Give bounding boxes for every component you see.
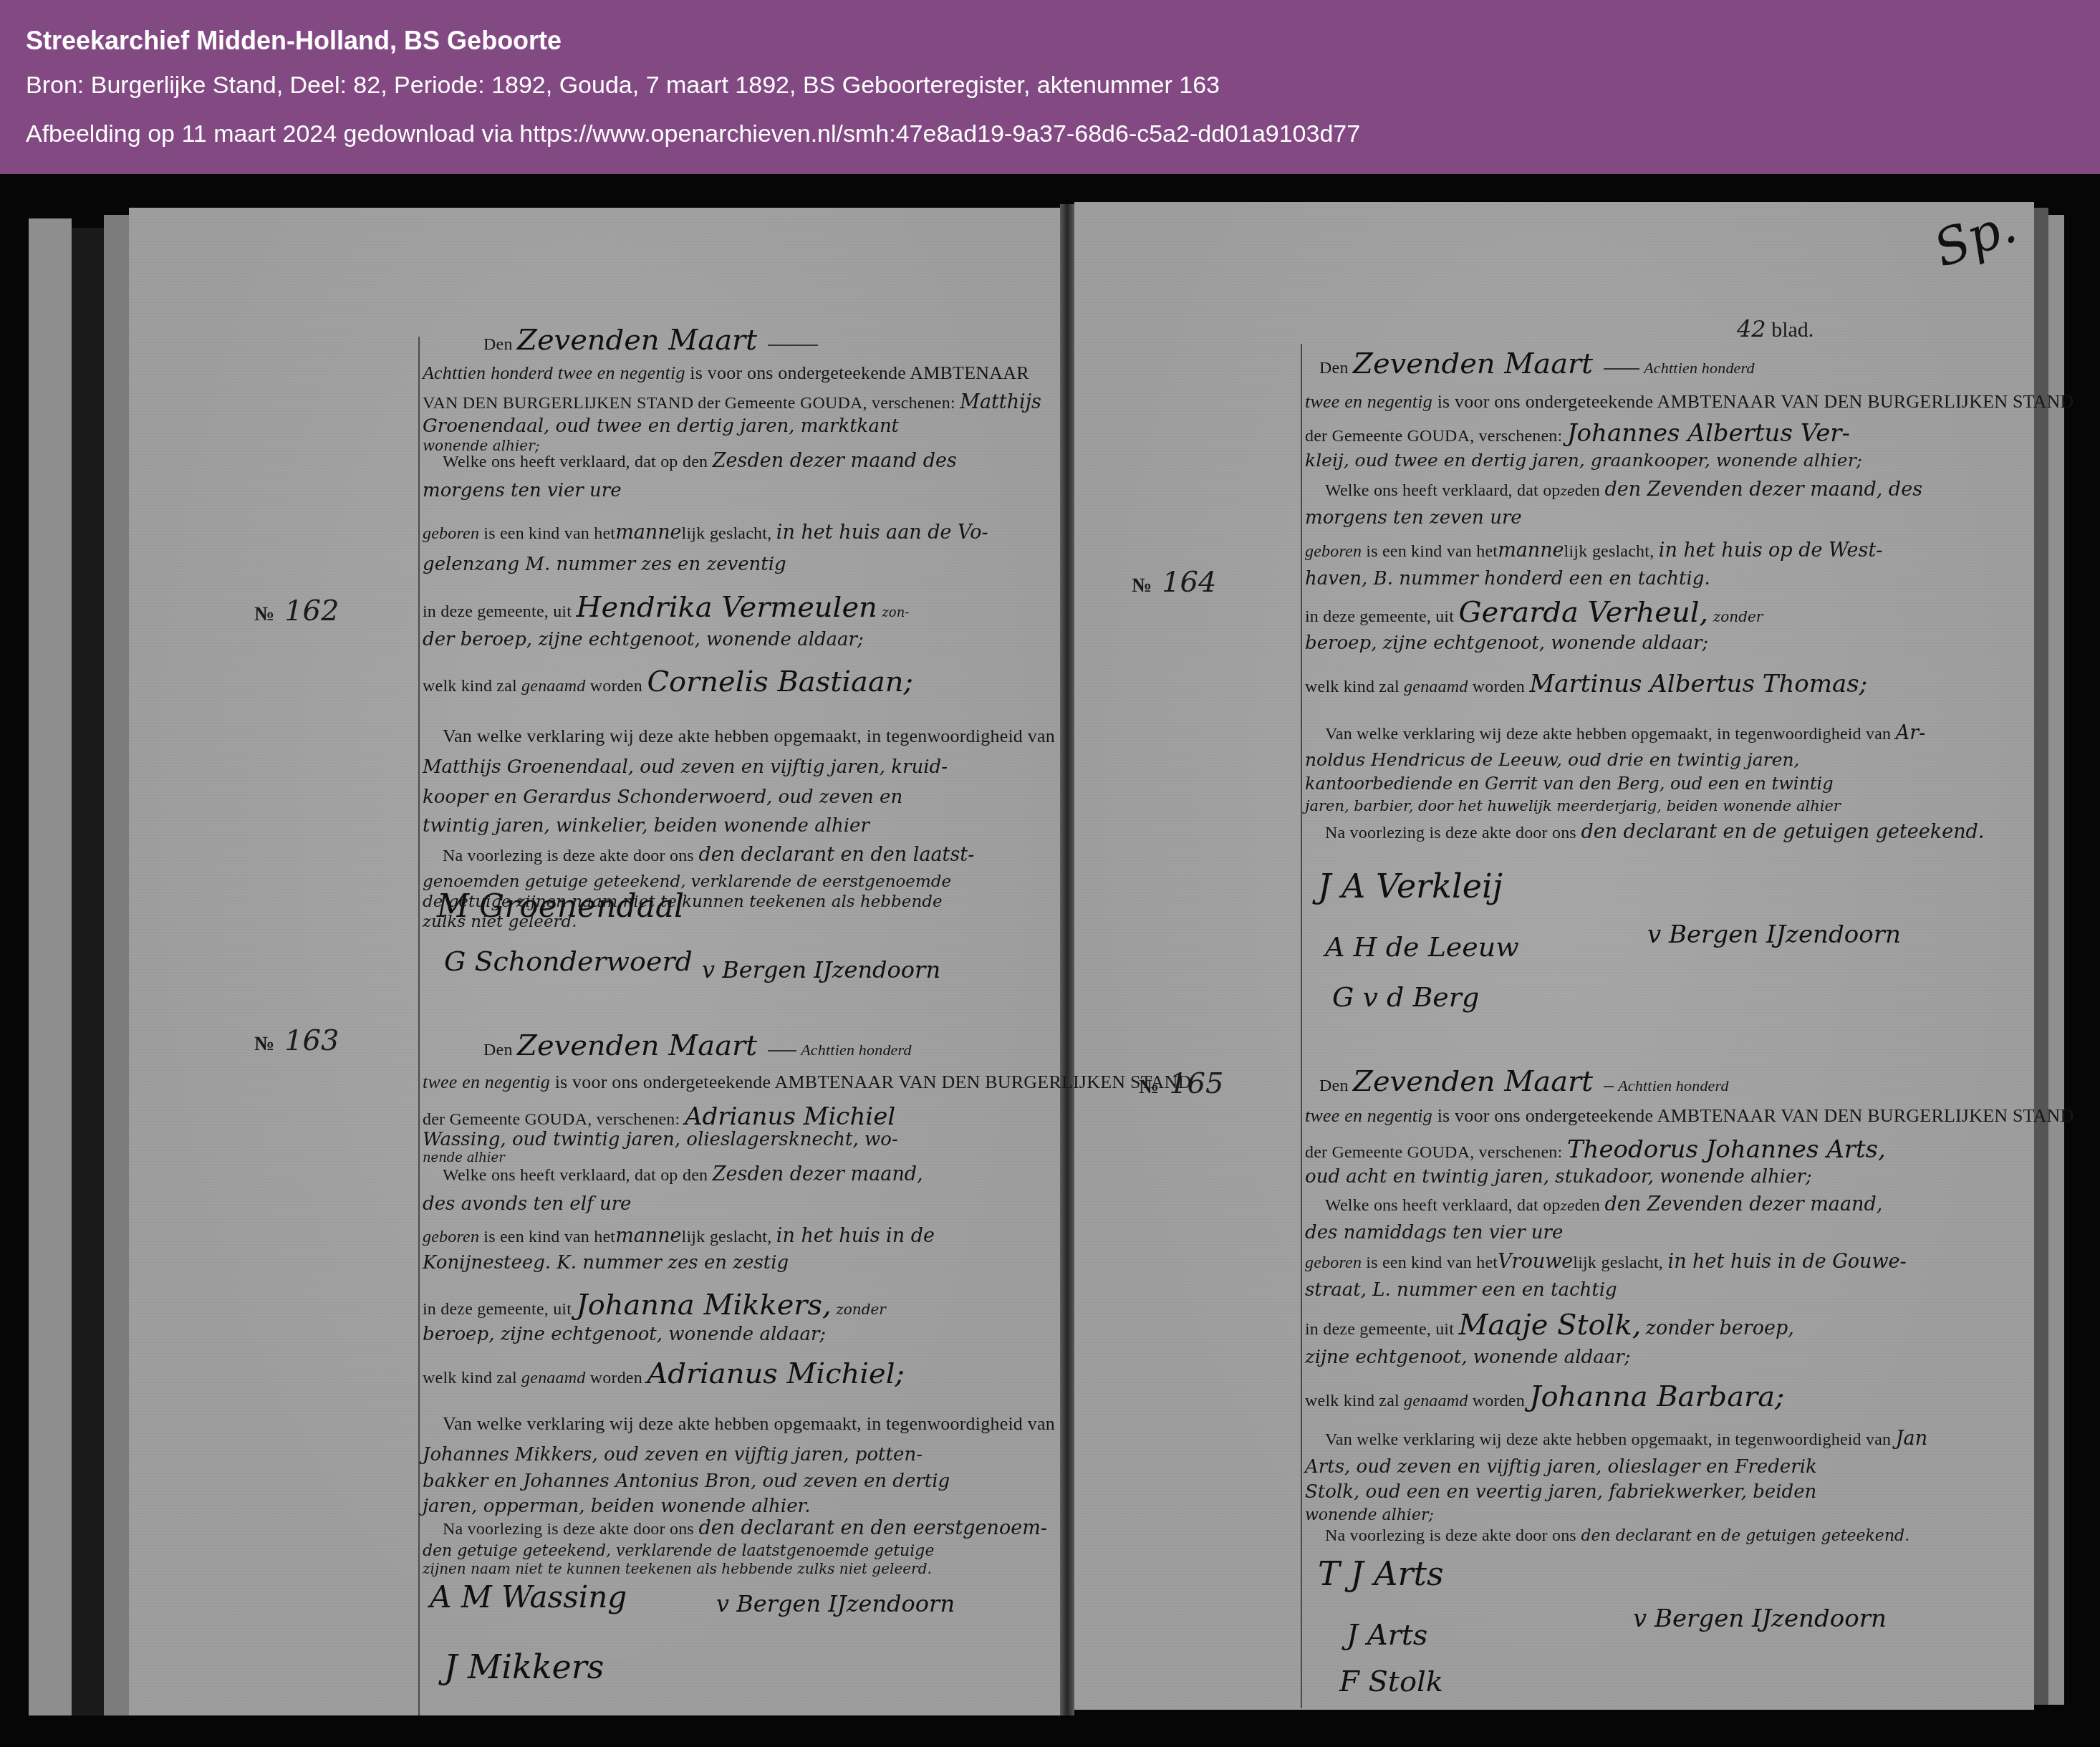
archive-header: Streekarchief Midden-Holland, BS Geboort…	[0, 0, 2100, 174]
declarant-name: Matthijs	[960, 391, 1041, 413]
birth-record-165: Den Zevenden Maart Achttien honderd twee…	[1305, 1053, 2028, 1554]
signature-witness-1: A H de Leeuw	[1325, 931, 1519, 963]
signature-witness: J Mikkers	[444, 1647, 604, 1686]
signature-official: v Bergen IJzendoorn	[1647, 920, 1901, 949]
signature-official: v Bergen IJzendoorn	[1633, 1604, 1887, 1633]
header-source: Bron: Burgerlijke Stand, Deel: 82, Perio…	[26, 72, 1220, 100]
signature-official: v Bergen IJzendoorn	[716, 1590, 955, 1617]
signature-witness: G Schonderwoerd	[444, 945, 693, 977]
record-number-164: №164	[1132, 566, 1217, 599]
header-title: Streekarchief Midden-Holland, BS Geboort…	[26, 26, 562, 56]
child-name: Cornelis Bastiaan;	[647, 665, 913, 698]
book-edge-left-shadow	[72, 228, 104, 1715]
book-edge-left	[29, 218, 72, 1715]
signature-witness-1: J Arts	[1347, 1619, 1427, 1652]
book-edge-left-inner	[104, 215, 131, 1715]
book-edge-right-shadow	[2034, 208, 2048, 1705]
record-number-162: №162	[254, 595, 339, 627]
signature-declarant: M Groenendaal	[437, 888, 684, 925]
header-download-info: Afbeelding op 11 maart 2024 gedownload v…	[26, 120, 1360, 148]
signature-declarant: A M Wassing	[430, 1579, 627, 1614]
record-date: Zevenden Maart	[517, 324, 757, 357]
birth-record-163: Den Zevenden Maart Achttien honderd twee…	[423, 1024, 1067, 1569]
signature-declarant: T J Arts	[1318, 1554, 1444, 1593]
book-edge-right	[2048, 215, 2064, 1705]
mother-name: Hendrika Vermeulen	[577, 591, 877, 624]
birth-record-164: Den Zevenden Maart Achttien honderd twee…	[1305, 337, 2028, 852]
margin-rule-left	[418, 337, 420, 1715]
signature-witness-2: F Stolk	[1339, 1665, 1443, 1698]
signature-official: v Bergen IJzendoorn	[702, 956, 940, 983]
signature-declarant: J A Verkleij	[1318, 867, 1503, 905]
signature-witness-2: G v d Berg	[1332, 981, 1479, 1013]
record-number-163: №163	[254, 1024, 339, 1057]
margin-rule-right	[1301, 344, 1302, 1708]
